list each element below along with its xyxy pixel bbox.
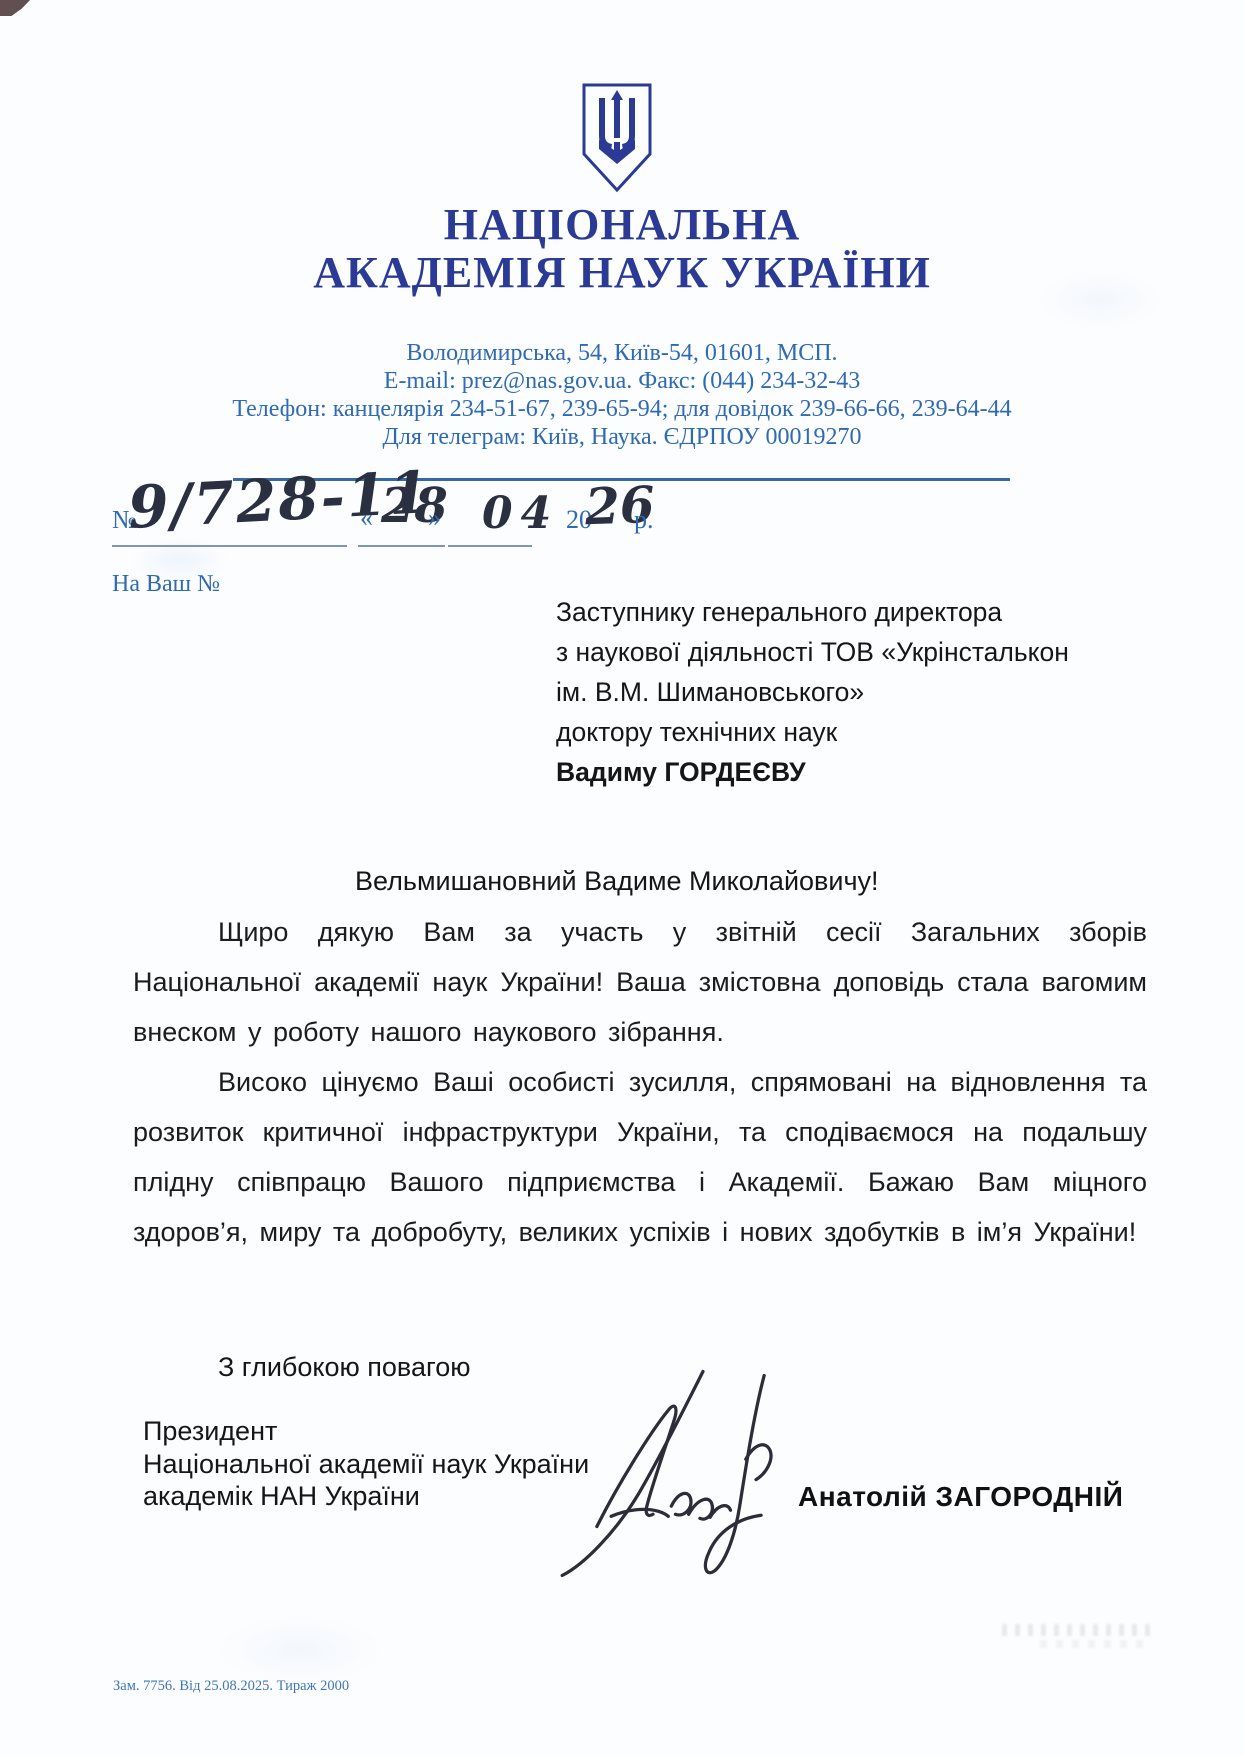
date-day-underline [358, 545, 445, 547]
signer-title-block: Президент Національної академії наук Укр… [143, 1415, 589, 1513]
signer-title-line: Президент [143, 1415, 589, 1448]
date-quote-close: » [428, 504, 441, 532]
body-paragraph-1: Щиро дякую Вам за участь у звітній сесії… [133, 907, 1147, 1057]
tryzub-shield-emblem-icon [577, 80, 657, 196]
closing-phrase: З глибокою повагою [218, 1352, 470, 1383]
scan-smudge-artifact [1002, 1624, 1154, 1636]
telegram-line: Для телеграм: Київ, Наука. ЄДРПОУ 000192… [0, 423, 1244, 451]
date-year-suffix: р. [634, 506, 654, 534]
signer-name: Анатолій ЗАГОРОДНІЙ [798, 1481, 1123, 1513]
recipient-name: Вадиму ГОРДЕЄВУ [556, 752, 1069, 792]
phone-line: Телефон: канцелярія 234-51-67, 239-65-94… [0, 395, 1244, 423]
org-name-line2: АКАДЕМІЯ НАУК УКРАЇНИ [0, 249, 1244, 297]
body-paragraph-2: Високо цінуємо Ваші особисті зусилля, сп… [133, 1057, 1147, 1257]
scan-smudge-artifact [1040, 1640, 1150, 1648]
handwritten-signature [552, 1365, 807, 1585]
recipient-block: Заступнику генерального директора з наук… [556, 592, 1069, 792]
signer-title-line: Національної академії наук України [143, 1448, 589, 1481]
email-fax-line: E-mail: prez@nas.gov.ua. Факс: (044) 234… [0, 367, 1244, 395]
date-quote-open: « [360, 504, 373, 532]
salutation: Вельмишановний Вадиме Миколайовичу! [355, 866, 879, 897]
scanned-letter-page: НАЦІОНАЛЬНА АКАДЕМІЯ НАУК УКРАЇНИ Володи… [0, 0, 1244, 1757]
letterhead-contact-block: Володимирська, 54, Київ-54, 01601, МСП. … [0, 339, 1244, 451]
recipient-line: доктору технічних наук [556, 712, 1069, 752]
date-month-underline [448, 545, 532, 547]
org-name-line1: НАЦІОНАЛЬНА [0, 201, 1244, 249]
print-order-info: Зам. 7756. Від 25.08.2025. Тираж 2000 [113, 1678, 349, 1695]
ref-number-underline [112, 545, 347, 547]
address-line: Володимирська, 54, Київ-54, 01601, МСП. [0, 339, 1244, 367]
recipient-line: Заступнику генерального директора [556, 592, 1069, 632]
date-month-handwritten: 04 [482, 488, 559, 539]
letter-body: Щиро дякую Вам за участь у звітній сесії… [133, 907, 1147, 1257]
on-your-ref-label: На Ваш № [112, 570, 220, 598]
recipient-line: з наукової діяльності ТОВ «Укрінсталькон [556, 632, 1069, 672]
recipient-line: ім. В.М. Шимановського» [556, 672, 1069, 712]
signer-title-line: академік НАН України [143, 1480, 589, 1513]
scan-corner-artifact [0, 0, 30, 16]
